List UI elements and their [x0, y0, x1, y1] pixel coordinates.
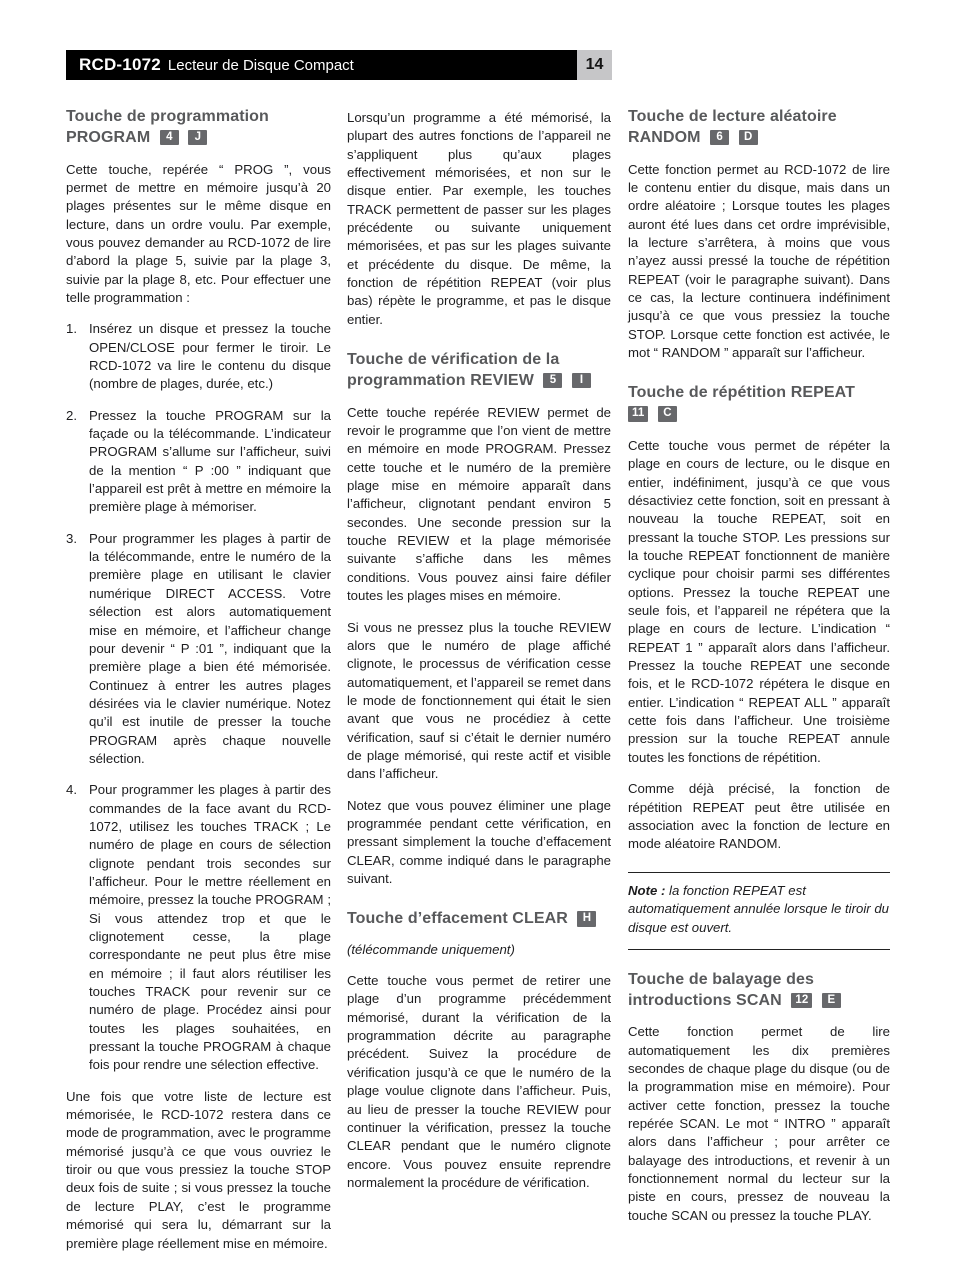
column-random-repeat-scan: Touche de lecture aléatoire RANDOM 6 D C…: [628, 107, 890, 1266]
heading-line: Touche de vérification de la: [347, 351, 559, 368]
paragraph: Si vous ne pressez plus la touche REVIEW…: [347, 619, 611, 784]
note-box: Note : la fonction REPEAT est automatiqu…: [628, 872, 890, 950]
list-item: 3. Pour programmer les plages à partir d…: [66, 530, 331, 768]
paragraph: Notez que vous pouvez éliminer une plage…: [347, 797, 611, 889]
paragraph: Cette touche vous permet de retirer une …: [347, 972, 611, 1192]
paragraph: Lorsqu’un programme a été mémorisé, la p…: [347, 109, 611, 329]
page-number-badge: 14: [577, 50, 612, 80]
paragraph: Une fois que votre liste de lecture est …: [66, 1088, 331, 1253]
heading-line: Touche de balayage des: [628, 971, 814, 988]
button-ref-number-badge: 11: [628, 406, 648, 422]
button-ref-letter-badge: I: [572, 373, 591, 389]
list-item-number: 1.: [66, 320, 89, 393]
note-text: la fonction REPEAT est automatiquement a…: [628, 883, 889, 935]
button-ref-number-badge: 6: [710, 130, 729, 146]
list-item-text: Insérez un disque et pressez la touche O…: [89, 320, 331, 393]
list-item-text: Pour programmer les plages à partir de l…: [89, 530, 331, 768]
remote-only-note: (télécommande uniquement): [347, 942, 611, 957]
list-item-number: 4.: [66, 781, 89, 1075]
button-ref-letter-badge: C: [658, 406, 677, 422]
paragraph: Comme déjà précisé, la fonction de répét…: [628, 780, 890, 853]
button-ref-letter-badge: J: [188, 130, 207, 146]
text-columns: Touche de programmation PROGRAM 4 J Cett…: [66, 107, 890, 1266]
list-item-number: 2.: [66, 407, 89, 517]
heading-line: introductions SCAN: [628, 992, 782, 1009]
list-item: 2. Pressez la touche PROGRAM sur la faça…: [66, 407, 331, 517]
section-heading-scan: Touche de balayage des introductions SCA…: [628, 970, 890, 1012]
paragraph: Cette fonction permet de lire automatiqu…: [628, 1023, 890, 1225]
section-heading-review: Touche de vérification de la programmati…: [347, 350, 611, 392]
paragraph: Cette touche, repérée “ PROG ”, vous per…: [66, 161, 331, 308]
heading-line: RANDOM: [628, 129, 701, 146]
heading-line: Touche d’effacement CLEAR: [347, 910, 568, 927]
list-item-number: 3.: [66, 530, 89, 768]
button-ref-number-badge: 5: [543, 373, 562, 389]
button-ref-number-badge: 12: [791, 993, 812, 1009]
section-heading-random: Touche de lecture aléatoire RANDOM 6 D: [628, 107, 890, 149]
paragraph: Cette touche vous permet de répéter la p…: [628, 437, 890, 767]
heading-line: Touche de lecture aléatoire: [628, 108, 837, 125]
heading-line: Touche de répétition REPEAT: [628, 384, 855, 401]
page-header: RCD-1072 Lecteur de Disque Compact 14: [66, 50, 890, 80]
section-heading-repeat: Touche de répétition REPEAT 11 C: [628, 383, 890, 425]
heading-line: PROGRAM: [66, 129, 150, 146]
header-title-bar: RCD-1072 Lecteur de Disque Compact: [66, 50, 577, 80]
column-program: Touche de programmation PROGRAM 4 J Cett…: [66, 107, 331, 1266]
button-ref-letter-badge: E: [822, 993, 841, 1009]
model-name: RCD-1072: [79, 55, 161, 75]
paragraph: Cette fonction permet au RCD-1072 de lir…: [628, 161, 890, 363]
list-item: 4. Pour programmer les plages à partir d…: [66, 781, 331, 1075]
button-ref-letter-badge: H: [577, 911, 596, 927]
note-label: Note :: [628, 883, 665, 898]
section-heading-clear: Touche d’effacement CLEAR H: [347, 909, 611, 930]
column-review-clear: Lorsqu’un programme a été mémorisé, la p…: [347, 107, 611, 1266]
list-item-text: Pressez la touche PROGRAM sur la façade …: [89, 407, 331, 517]
button-ref-letter-badge: D: [739, 130, 758, 146]
heading-line: Touche de programmation: [66, 108, 269, 125]
list-item-text: Pour programmer les plages à partir des …: [89, 781, 331, 1075]
list-item: 1. Insérez un disque et pressez la touch…: [66, 320, 331, 393]
section-heading-program: Touche de programmation PROGRAM 4 J: [66, 107, 331, 149]
header-subtitle: Lecteur de Disque Compact: [168, 57, 354, 74]
manual-page: RCD-1072 Lecteur de Disque Compact 14 To…: [0, 0, 954, 1266]
paragraph: Cette touche repérée REVIEW permet de re…: [347, 404, 611, 606]
button-ref-number-badge: 4: [160, 130, 179, 146]
heading-line: programmation REVIEW: [347, 372, 534, 389]
